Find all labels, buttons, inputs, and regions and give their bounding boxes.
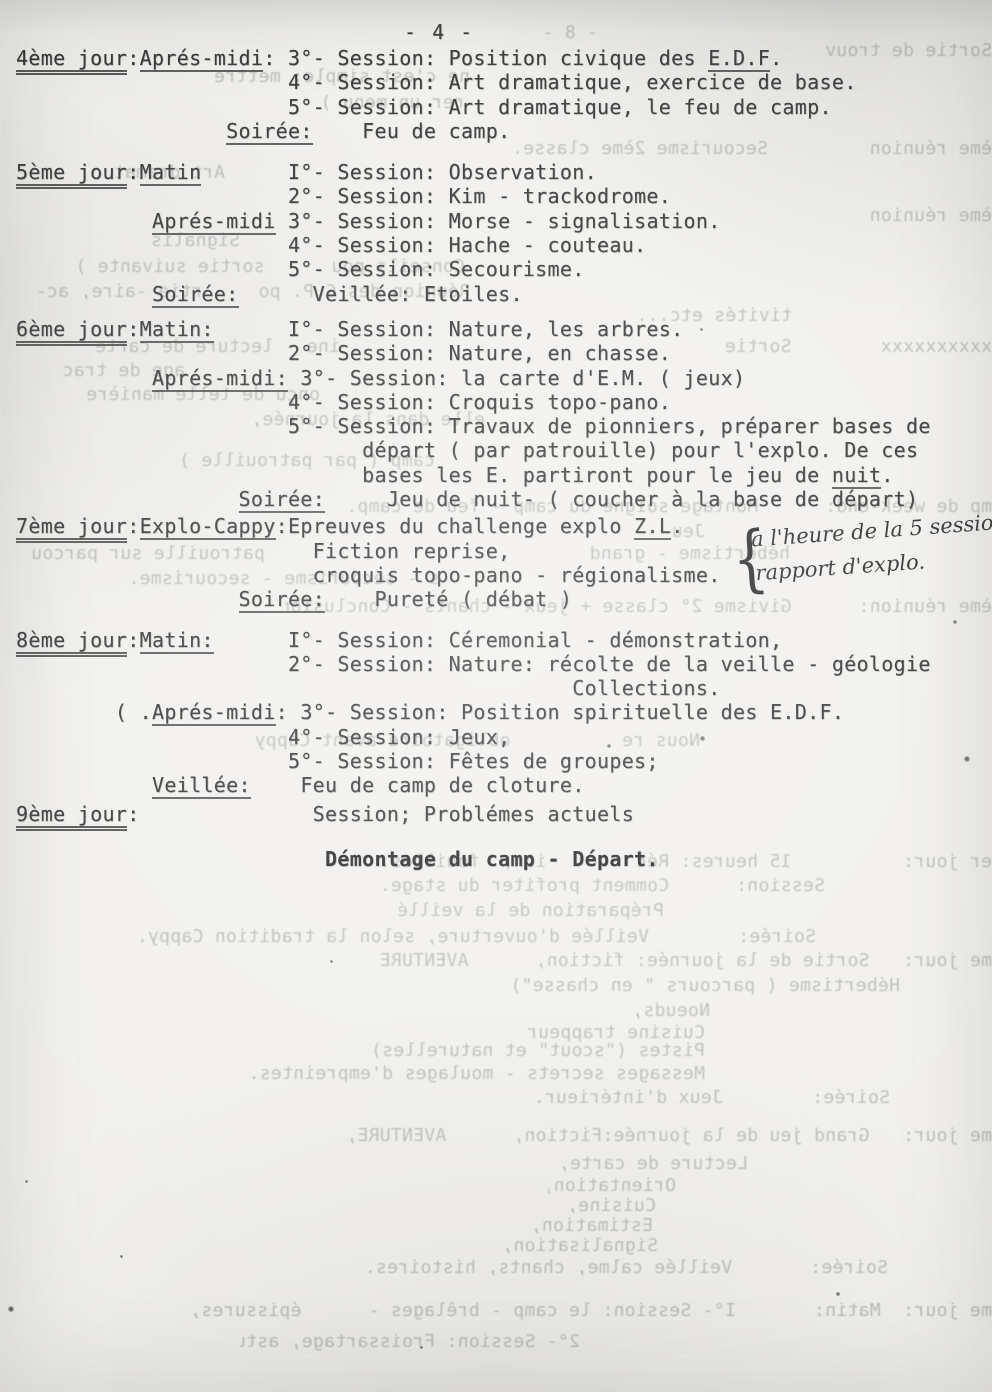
underlined-text: Aprés-midi (152, 700, 276, 726)
typed-line: Soirée: Jeu de nuit- ( coucher à la base… (16, 487, 931, 511)
scanned-document-page: { "page": { "number": "- 4 -", "mirrored… (0, 0, 992, 1392)
typed-text: . (671, 514, 683, 538)
typed-line: 2°- Session: Nature, en chasse. (16, 341, 931, 365)
day-block: Démontage du camp - Départ. (16, 847, 931, 871)
bleedthrough-line: 2°- Session: Froissartage, astuces. (240, 1331, 580, 1355)
bleedthrough-line: Signalisation, (500, 1235, 658, 1259)
typed-text: : 3°- Session: Position spirituelle des … (276, 700, 845, 724)
typed-line: 4ème jour:Aprés-midi: 3°- Session: Posit… (16, 46, 931, 70)
typed-text (16, 366, 152, 390)
typed-text: 2°- Session: Kim - trackodrome. (16, 184, 671, 208)
typed-line: 2°- Session: Nature: récolte de la veill… (16, 652, 931, 676)
bleedthrough-line: Soirée: Veillée calme, chants, histoires… (345, 1257, 888, 1281)
typed-line: 4°- Session: Croquis topo-pano. (16, 390, 931, 414)
typed-text (16, 487, 239, 511)
typed-line: 2°- Session: Kim - trackodrome. (16, 184, 931, 208)
typed-text: Fiction reprise, (16, 539, 510, 563)
annotation-brace: { (730, 516, 771, 603)
bleedthrough-line: Session: Comment profiter du stage. (354, 875, 825, 899)
underlined-text: Soirée: (239, 587, 326, 613)
typed-text: 5°- Session: Fêtes de groupes; (16, 749, 659, 773)
typed-text: Collections. (16, 676, 721, 700)
typed-text: Pureté ( débat ) (325, 587, 572, 611)
bleedthrough-line: me jour: Matin: I°- Session: le camp - b… (133, 1300, 992, 1324)
underlined-text: Soirée: (239, 487, 326, 513)
typed-text: I°- Session: Nature, les arbres. (214, 317, 684, 341)
day-block: 9ème jour: Session; Problémes actuels (16, 802, 931, 826)
typed-line: Aprés-midi: 3°- Session: la carte d'E.M.… (16, 366, 931, 390)
bleedthrough-line: me jour: Sortie de la journée: fiction, … (278, 950, 992, 974)
typed-line: 6ème jour:Matin: I°- Session: Nature, le… (16, 317, 931, 341)
typed-text: : (127, 514, 139, 538)
underlined-text: nuit (832, 463, 881, 489)
typed-text: Jeu de nuit- ( coucher à la base de dépa… (325, 487, 918, 511)
underlined-text: Matin (140, 160, 202, 186)
typed-line: départ ( par patrouille) pour l'explo. D… (16, 438, 931, 462)
day-block: 5ème jour:Matin I°- Session: Observation… (16, 160, 931, 306)
typed-line: Soirée: Feu de camp. (16, 119, 931, 143)
bleedthrough-line: Préparation de la veillée. (399, 900, 664, 924)
underlined-text: Soirée: (152, 282, 239, 308)
typed-line: 4°- Session: Jeux, (16, 725, 931, 749)
underlined-text: Veillée: (152, 773, 251, 799)
typed-text: . (770, 46, 782, 70)
typed-text (16, 847, 325, 871)
typed-line: Soirée: Veillée: Etoiles. (16, 282, 931, 306)
typed-line: Aprés-midi 3°- Session: Morse - signalis… (16, 209, 931, 233)
underlined-text: Soirée: (226, 119, 313, 145)
typed-text: 3°- Session: Morse - signalisation. (276, 209, 721, 233)
day-block: 6ème jour:Matin: I°- Session: Nature, le… (16, 317, 931, 511)
typed-line: 5°- Session: Art dramatique, le feu de c… (16, 95, 931, 119)
bleedthrough-line: Pistes ("scout" et naturelles) (310, 1040, 705, 1064)
typed-line: 9ème jour: Session; Problémes actuels (16, 802, 931, 826)
typed-text: . (881, 463, 893, 487)
typed-line: 5°- Session: Fêtes de groupes; (16, 749, 931, 773)
typed-text: croquis topo-pano - régionalisme. (16, 563, 721, 587)
page-number: - 4 - (404, 20, 474, 44)
typed-text: 2°- Session: Nature: récolte de la veill… (16, 652, 931, 676)
typed-text (16, 119, 226, 143)
typed-text: 4°- Session: Hache - couteau. (16, 233, 646, 257)
typed-text: I°- Session: Céremonial - démonstration, (214, 628, 783, 652)
typed-line: Collections. (16, 676, 931, 700)
typed-text: Démontage du camp - Départ. (325, 847, 659, 871)
bleedthrough-line: me jour: Grand jeu de la journée:Fiction… (288, 1125, 992, 1149)
typed-text: I°- Session: Observation. (201, 160, 597, 184)
typed-text: : (127, 160, 139, 184)
typed-text (16, 587, 239, 611)
bleedthrough-line: Messages secrets - moulages d'empreintes… (180, 1063, 705, 1087)
underlined-text: Matin: (140, 317, 214, 343)
typed-text: 3°- Session: la carte d'E.M. ( jeux) (288, 366, 745, 390)
bleedthrough-line: Lecture de carte, (520, 1153, 748, 1177)
typed-text: départ ( par patrouille) pour l'explo. D… (16, 438, 918, 462)
underlined-text: Aprés-midi (140, 46, 264, 72)
typed-line: Démontage du camp - Départ. (16, 847, 931, 871)
typed-text: 5°- Session: Travaux de pionniers, prépa… (16, 414, 931, 438)
typed-text: : (127, 628, 139, 652)
typed-line: Veillée: Feu de camp de cloture. (16, 773, 931, 797)
bleedthrough-line: Noeuds, (620, 1000, 710, 1024)
bleedthrough-line: Soirée: Veillée d'ouverture, selon la tr… (107, 926, 816, 950)
typed-text: Session; Problémes actuels (140, 802, 634, 826)
typed-text: : (127, 802, 139, 826)
bleedthrough-line: Soirée: Jeux d'intérieur. (440, 1087, 890, 1111)
bleedthrough-line: - 8 - (528, 22, 598, 46)
underlined-text: Aprés-midi (152, 209, 276, 235)
typed-text (16, 282, 152, 306)
typed-line: 4°- Session: Art dramatique, exercice de… (16, 70, 931, 94)
typed-line: 5ème jour:Matin I°- Session: Observation… (16, 160, 931, 184)
typed-line: 4°- Session: Hache - couteau. (16, 233, 931, 257)
typed-text: bases les E. partiront pour le jeu de (16, 463, 832, 487)
typed-text: ( . (16, 700, 152, 724)
typed-line: ( .Aprés-midi: 3°- Session: Position spi… (16, 700, 931, 724)
typed-content: 4ème jour:Aprés-midi: 3°- Session: Posit… (16, 46, 931, 871)
typed-text: 4°- Session: Art dramatique, exercice de… (16, 70, 857, 94)
bleedthrough-line: Hébertisme ( parcours " en chasse") (390, 975, 900, 999)
typed-text (16, 209, 152, 233)
typed-text: :Epreuves du challenge explo (276, 514, 634, 538)
paper-background: - 8 -Sortie de trouvne c'est simple: met… (0, 0, 992, 1392)
typed-text: 2°- Session: Nature, en chasse. (16, 341, 671, 365)
typed-text: 4°- Session: Jeux, (16, 725, 510, 749)
day-block: 4ème jour:Aprés-midi: 3°- Session: Posit… (16, 46, 931, 143)
typed-line: 8ème jour:Matin: I°- Session: Céremonial… (16, 628, 931, 652)
typed-text (16, 773, 152, 797)
typed-line: bases les E. partiront pour le jeu de nu… (16, 463, 931, 487)
day-block: 8ème jour:Matin: I°- Session: Céremonial… (16, 628, 931, 798)
typed-text: 4°- Session: Croquis topo-pano. (16, 390, 671, 414)
typed-text: Veillée: Etoiles. (239, 282, 523, 306)
underlined-text: E.D.F (708, 46, 770, 72)
typed-line: Soirée: Pureté ( débat ) (16, 587, 931, 611)
typed-line: 5°- Session: Travaux de pionniers, prépa… (16, 414, 931, 438)
typed-line: 5°- Session: Secourisme. (16, 257, 931, 281)
underlined-text: 9ème jour (16, 802, 127, 831)
typed-text: Feu de camp. (313, 119, 511, 143)
typed-text: Feu de camp de cloture. (251, 773, 585, 797)
typed-text: : (127, 317, 139, 341)
underlined-text: Explo-Cappy (140, 514, 276, 540)
underlined-text: Aprés-midi: (152, 366, 288, 392)
typed-text: : 3°- Session: Position civique des (263, 46, 708, 70)
underlined-text: Z.L (634, 514, 671, 540)
underlined-text: Matin: (140, 628, 214, 654)
typed-text: 5°- Session: Art dramatique, le feu de c… (16, 95, 832, 119)
typed-text: 5°- Session: Secourisme. (16, 257, 585, 281)
typed-text: : (127, 46, 139, 70)
